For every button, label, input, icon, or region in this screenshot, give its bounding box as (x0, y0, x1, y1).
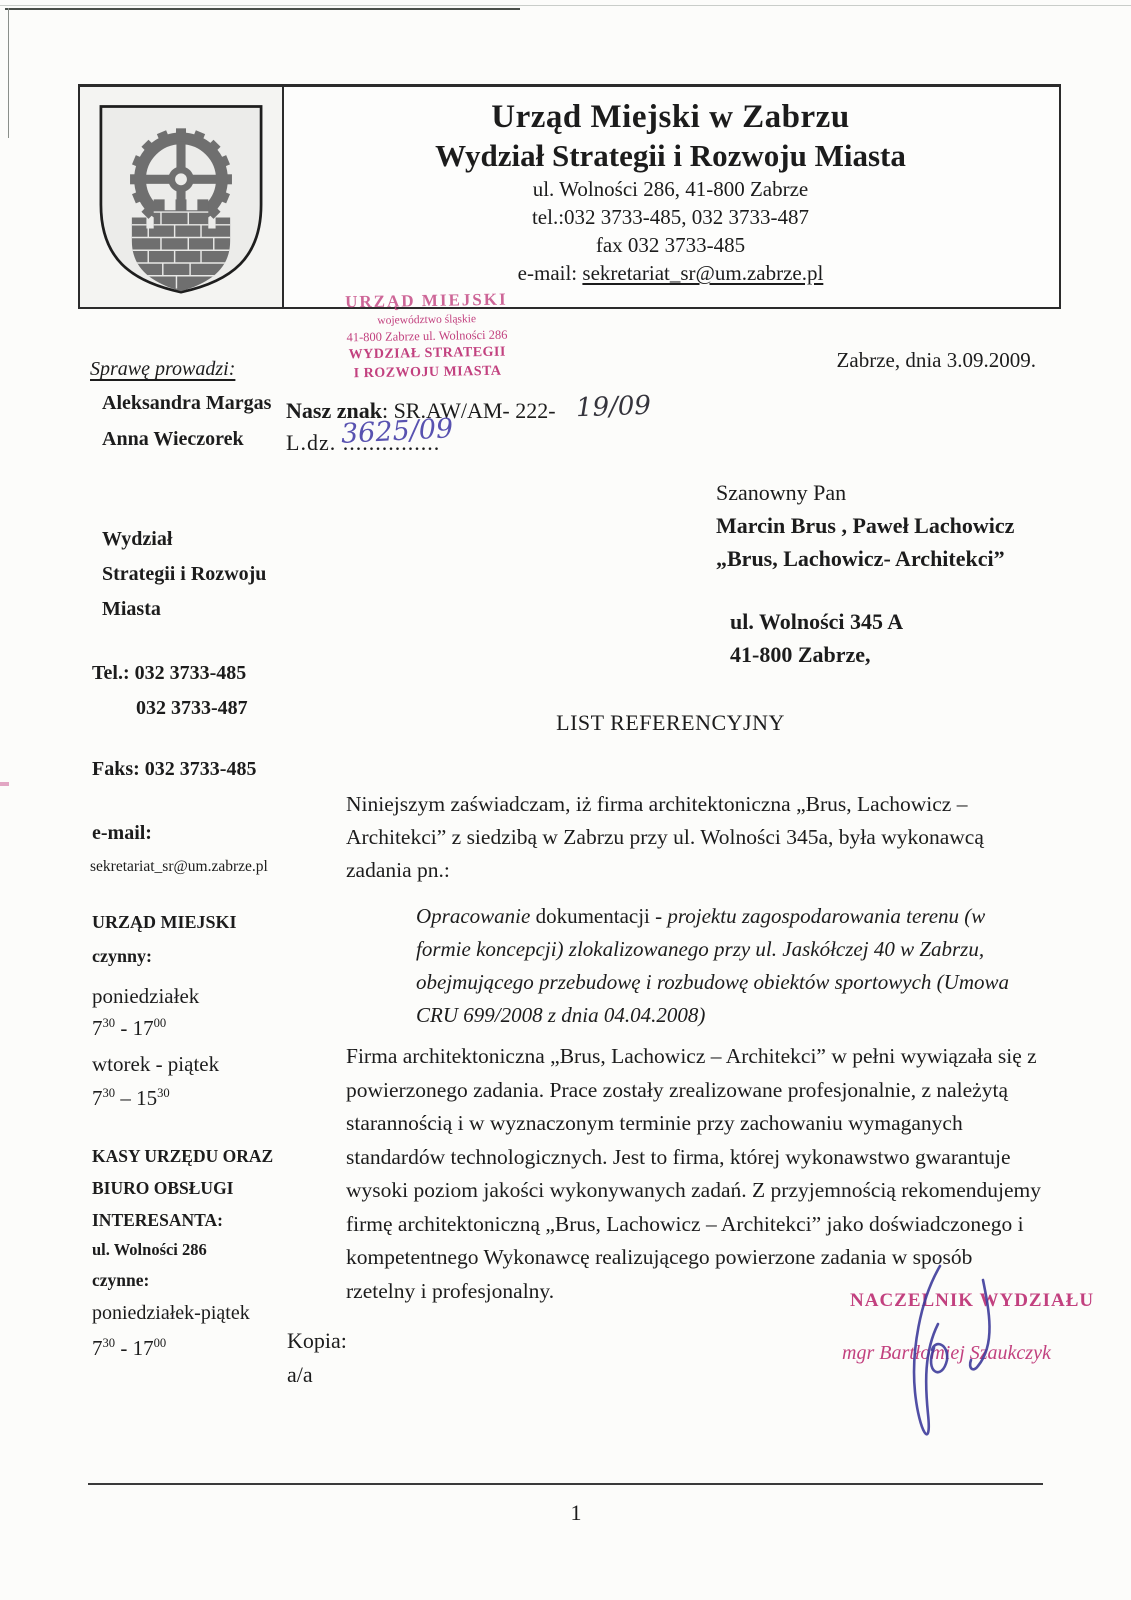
phone-line: 032 3733-487 (136, 697, 248, 720)
org-address: ul. Wolności 286, 41-800 Zabrze (284, 177, 1057, 202)
recipient-block: Szanowny Pan Marcin Brus , Paweł Lachowi… (716, 476, 1014, 671)
hour: 17 (133, 1336, 154, 1360)
office-stamp: URZĄD MIEJSKI województwo śląskie 41-800… (319, 288, 535, 385)
stamp-line: WYDZIAŁ STRATEGII (320, 343, 534, 366)
handwritten-signature (888, 1252, 1020, 1460)
handwritten-ref-number: 19/09 (575, 391, 651, 424)
open-label: czynny: (92, 946, 152, 967)
org-phone: tel.:032 3733-485, 032 3733-487 (284, 205, 1057, 230)
case-handler-label: Sprawę prowadzi: (90, 358, 235, 381)
department-line: Strategii i Rozwoju (102, 563, 266, 586)
org-name: Urząd Miejski w Zabrzu (284, 99, 1057, 136)
handwritten-ldz-number: 3625/09 (340, 413, 454, 450)
fax-line: Faks: 032 3733-485 (92, 758, 256, 781)
hours-day: poniedziałek-piątek (92, 1302, 250, 1325)
case-handler-name: Anna Wieczorek (102, 428, 244, 451)
department-line: Miasta (102, 598, 161, 621)
footer-rule (88, 1483, 1043, 1485)
hours-value: 730 – 1530 (92, 1086, 170, 1111)
cashdesk-line: INTERESANTA: (92, 1210, 223, 1231)
scanned-letter-page: Urząd Miejski w Zabrzu Wydział Strategii… (0, 0, 1131, 1600)
quote-part: Opracowanie (416, 904, 536, 928)
minutes-sup: 30 (103, 1016, 116, 1030)
hours-day: poniedziałek (92, 984, 199, 1009)
scan-edge-line (8, 8, 9, 138)
coat-of-arms-cell (80, 87, 284, 307)
copy-label: Kopia: (287, 1324, 347, 1358)
scan-edge-line (5, 8, 520, 10)
page-number: 1 (286, 1500, 866, 1526)
letter-title: LIST REFERENCYJNY (282, 710, 1059, 736)
copy-value: a/a (287, 1358, 347, 1392)
hour: 7 (92, 1016, 103, 1040)
sidebar-email: sekretariat_sr@um.zabrze.pl (90, 858, 268, 876)
project-description-quote: Opracowanie dokumentacji - projektu zago… (416, 900, 1028, 1032)
recipient-name: Marcin Brus , Paweł Lachowicz (716, 509, 1014, 542)
stamp-line: I ROZWOJU MIASTA (320, 362, 534, 385)
open-label: czynne: (92, 1270, 149, 1291)
hours-day: wtorek - piątek (92, 1052, 219, 1077)
minutes-sup: 00 (154, 1016, 167, 1030)
recipient-salutation: Szanowny Pan (716, 476, 1014, 509)
email-label: e-mail: (518, 261, 583, 285)
hour: 15 (136, 1086, 157, 1110)
letterhead-text: Urząd Miejski w Zabrzu Wydział Strategii… (284, 87, 1057, 307)
email-label: e-mail: (92, 822, 152, 845)
date-line: Zabrze, dnia 3.09.2009. (820, 348, 1036, 373)
recipient-street: ul. Wolności 345 A (730, 605, 1014, 638)
scan-mark (0, 782, 9, 786)
org-email: sekretariat_sr@um.zabrze.pl (582, 261, 823, 285)
hours-value: 730 - 1700 (92, 1016, 166, 1041)
letterhead: Urząd Miejski w Zabrzu Wydział Strategii… (78, 84, 1061, 309)
hour: 7 (92, 1086, 103, 1110)
hours-separator: - (115, 1016, 133, 1040)
hours-separator: – (115, 1086, 136, 1110)
recipient-company: „Brus, Lachowicz- Architekci” (716, 542, 1014, 575)
department-line: Wydział (102, 528, 172, 551)
cashdesk-address: ul. Wolności 286 (92, 1240, 207, 1260)
hour: 17 (133, 1016, 154, 1040)
scan-edge-line (0, 5, 1131, 6)
org-department: Wydział Strategii i Rozwoju Miasta (284, 138, 1057, 174)
ldz-label: L.dz. (286, 430, 336, 455)
hours-value: 730 - 1700 (92, 1336, 166, 1361)
quote-part: dokumentacji - (536, 904, 668, 928)
zabrze-coat-of-arms-icon (90, 95, 272, 300)
case-handler-name: Aleksandra Margas (102, 392, 271, 415)
copy-block: Kopia: a/a (287, 1324, 347, 1392)
cashdesk-line: BIURO OBSŁUGI (92, 1178, 234, 1199)
org-fax: fax 032 3733-485 (284, 233, 1057, 258)
recipient-city: 41-800 Zabrze, (730, 638, 1014, 671)
minutes-sup: 00 (154, 1336, 167, 1350)
spacer (716, 575, 1014, 605)
hours-separator: - (115, 1336, 133, 1360)
hour: 7 (92, 1336, 103, 1360)
minutes-sup: 30 (157, 1086, 170, 1100)
minutes-sup: 30 (103, 1336, 116, 1350)
org-email-line: e-mail: sekretariat_sr@um.zabrze.pl (284, 261, 1057, 286)
phone-line: Tel.: 032 3733-485 (92, 662, 246, 685)
office-hours-header: URZĄD MIEJSKI (92, 912, 237, 933)
cashdesk-line: KASY URZĘDU ORAZ (92, 1146, 273, 1167)
stamp-line: URZĄD MIEJSKI (319, 288, 533, 315)
body-paragraph: Niniejszym zaświadczam, iż firma archite… (346, 788, 1022, 887)
minutes-sup: 30 (103, 1086, 116, 1100)
